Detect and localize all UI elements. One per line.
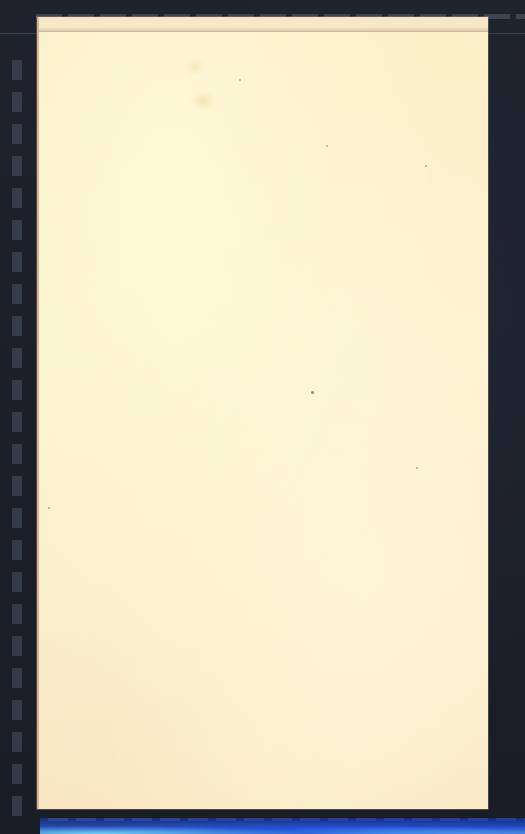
paper-speck [48,507,50,509]
paper-speck [416,467,418,469]
blank-card-back [37,17,488,809]
paper-stain [189,62,201,72]
scanned-image [0,0,525,834]
paper-speck [311,391,314,394]
film-perforations [12,60,22,820]
scanner-light-glare [40,818,525,834]
paper-speck [326,145,328,147]
paper-stain [195,95,211,107]
paper-speck [239,79,241,81]
paper-speck [425,165,427,167]
card-top-edge [39,17,488,32]
